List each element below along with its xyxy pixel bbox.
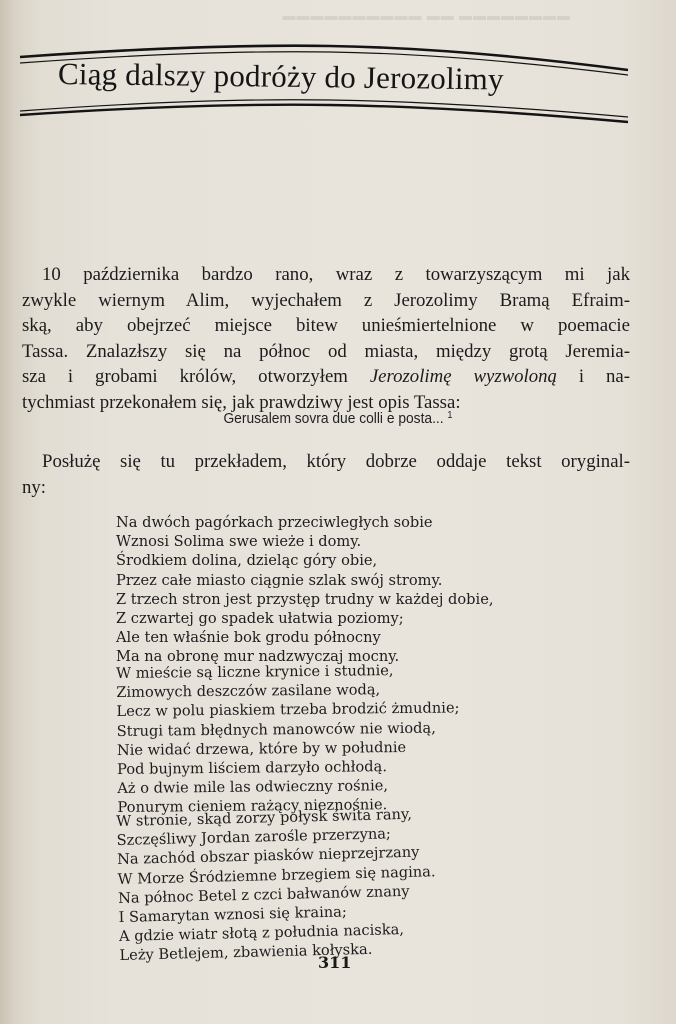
paragraph-line: Tassa. Znalazłszy się na północ od miast… [22, 339, 630, 365]
paragraph-line: sza i grobami królów, otworzyłem Jerozol… [22, 364, 630, 390]
text-run: sza i grobami królów, otworzyłem [22, 366, 370, 387]
verse-line: Wznosi Solima swe wieże i domy. [116, 532, 493, 551]
verse-line: Przez całe miasto ciągnie szlak swój str… [116, 571, 493, 590]
verse-line: Ale ten właśnie bok grodu północny [116, 628, 493, 647]
verse-line: Z trzech stron jest przystęp trudny w ka… [116, 590, 493, 609]
epigraph-text: Gerusalem sovra due colli e posta... [223, 410, 443, 427]
epigraph-quote: Gerusalem sovra due colli e posta... 1 [27, 410, 649, 427]
paragraph-line: zwykle wiernym Alim, wyjechałem z Jerozo… [22, 288, 630, 314]
paragraph-line: ską, aby obejrzeć miejsce bitew unieśmie… [22, 313, 630, 339]
body-paragraph-2: Posłużę się tu przekładem, który dobrze … [22, 449, 630, 500]
text-run: i na- [557, 366, 630, 387]
paragraph-line: ny: [22, 475, 630, 501]
verse-line: Z czwartej go spadek ułatwia poziomy; [116, 609, 493, 628]
poem-stanza-2: W mieście są liczne krynice i studnie, Z… [116, 660, 461, 817]
page-number: 311 [318, 953, 351, 972]
book-title-italic: Jerozolimę wyzwoloną [370, 366, 557, 387]
footnote-marker[interactable]: 1 [447, 410, 452, 421]
verse-line: Na dwóch pagórkach przeciwległych sobie [116, 513, 493, 532]
chapter-title: Ciąg dalszy podróży do Jerozolimy [58, 52, 504, 101]
poem-stanza-3: W stronie, skąd zorzy połysk świta rany,… [116, 804, 438, 965]
verse-line: Środkiem dolina, dzieląc góry obie, [116, 551, 493, 570]
poem-stanza-1: Na dwóch pagórkach przeciwległych sobie … [116, 513, 493, 667]
body-paragraph-1: 10 października bardzo rano, wraz z towa… [22, 262, 630, 416]
paragraph-line: 10 października bardzo rano, wraz z towa… [22, 262, 630, 288]
verse-line: Strugi tam błędnych manowców nie wiodą, [117, 718, 460, 741]
paragraph-line: Posłużę się tu przekładem, który dobrze … [22, 449, 630, 475]
